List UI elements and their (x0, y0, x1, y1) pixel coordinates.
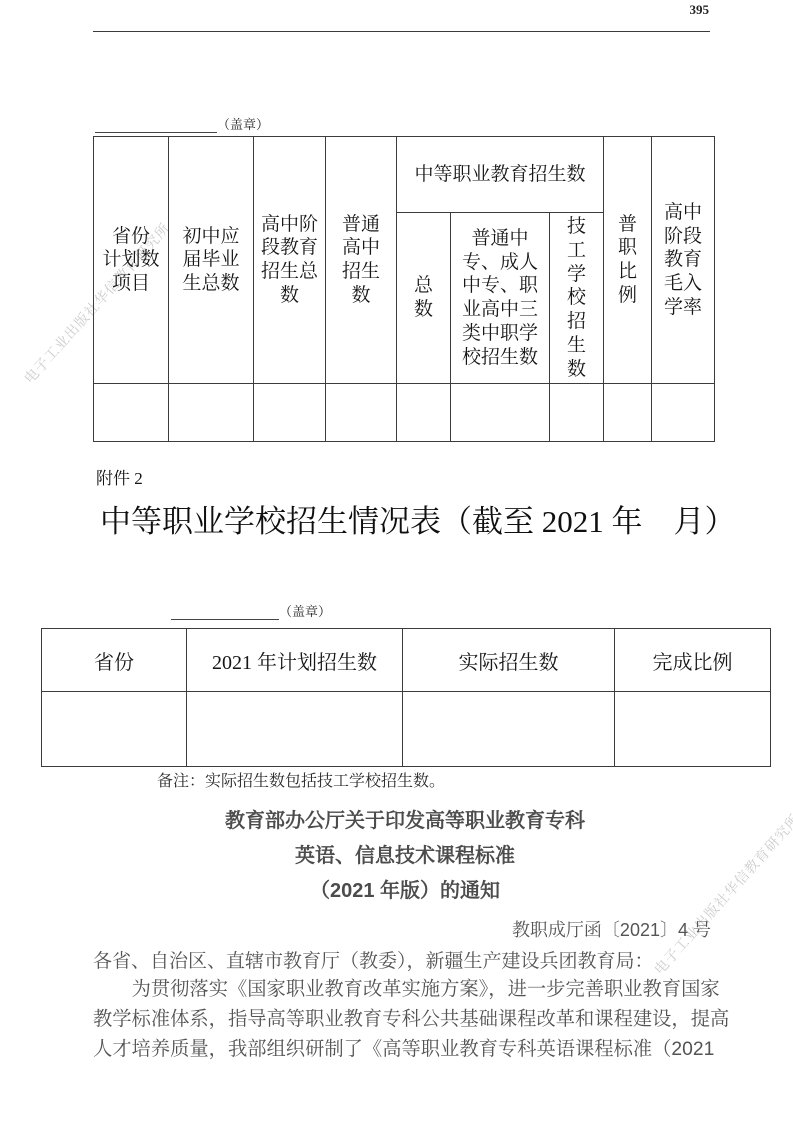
subheader-technical-school: 技工学校招生数 (550, 213, 604, 384)
enrollment-plan-table: 省份 计划数 项目 初中应届毕业生总数 高中阶段教育招生总数 普通高中招生数 中… (93, 136, 715, 442)
notice-title-line: 英语、信息技术课程标准 (60, 839, 750, 874)
header-regular-high-school-enrollment: 普通高中招生数 (326, 137, 397, 384)
empty-cell (652, 384, 715, 442)
empty-cell (615, 692, 771, 767)
stamp-blank-line (95, 118, 217, 133)
header-vocational-ratio: 普职比例 (604, 137, 652, 384)
header-senior-stage-enrollment-total: 高中阶段教育招生总数 (254, 137, 326, 384)
empty-cell (187, 692, 403, 767)
header-rule (93, 31, 710, 32)
document-number: 教职成厅函〔2021〕4 号 (512, 916, 711, 942)
enrollment-status-table: 省份 2021 年计划招生数 实际招生数 完成比例 (41, 628, 771, 767)
header-junior-graduates-total: 初中应届毕业生总数 (169, 137, 254, 384)
stamp-blank-line (171, 605, 279, 620)
stamp-line-bottom: （盖章） (171, 601, 331, 620)
empty-cell (397, 384, 451, 442)
empty-cell (94, 384, 169, 442)
body-line: 为贯彻落实《国家职业教育改革实施方案》，进一步完善职业教育国家 (93, 975, 733, 1005)
salutation: 各省、自治区、直辖市教育厅（教委），新疆生产建设兵团教育局： (93, 946, 654, 973)
stamp-label: （盖章） (279, 604, 331, 619)
header-secondary-vocational-enrollment: 中等职业教育招生数 (397, 137, 604, 213)
empty-cell (169, 384, 254, 442)
table-note: 备注：实际招生数包括技工学校招生数。 (157, 768, 445, 791)
body-line: 教学标准体系，指导高等职业教育专科公共基础课程改革和课程建设，提高 (93, 1005, 733, 1035)
header-gross-enrollment-rate: 高中阶段教育毛入学率 (652, 137, 715, 384)
stamp-label: （盖章） (217, 117, 269, 132)
subheader-three-types-secondary: 普通中专、成人中专、职业高中三类中职学校招生数 (451, 213, 550, 384)
header-province: 省份 (42, 629, 187, 692)
notice-body: 为贯彻落实《国家职业教育改革实施方案》，进一步完善职业教育国家 教学标准体系，指… (93, 975, 733, 1065)
document-page: 电子工业出版社华信教育研究所 电子工业出版社华信教育研究所 395 （盖章） 省… (0, 0, 793, 1122)
empty-cell (451, 384, 550, 442)
body-line: 人才培养质量，我部组织研制了《高等职业教育专科英语课程标准（2021 (93, 1035, 733, 1065)
notice-title: 教育部办公厅关于印发高等职业教育专科 英语、信息技术课程标准 （2021 年版）… (60, 804, 750, 909)
header-actual-enrollment: 实际招生数 (403, 629, 615, 692)
attachment-label: 附件 2 (96, 464, 143, 489)
empty-cell (604, 384, 652, 442)
page-number: 395 (690, 2, 710, 18)
empty-cell (42, 692, 187, 767)
notice-title-line: （2021 年版）的通知 (60, 874, 750, 909)
empty-cell (254, 384, 326, 442)
empty-cell (326, 384, 397, 442)
header-province-plan-item: 省份 计划数 项目 (94, 137, 169, 384)
subheader-total: 总数 (397, 213, 451, 384)
notice-title-line: 教育部办公厅关于印发高等职业教育专科 (60, 804, 750, 839)
empty-cell (403, 692, 615, 767)
empty-cell (550, 384, 604, 442)
form-title: 中等职业学校招生情况表（截至 2021 年 月） (100, 496, 740, 541)
header-2021-planned-enrollment: 2021 年计划招生数 (187, 629, 403, 692)
stamp-line-top: （盖章） (95, 114, 269, 133)
header-completion-ratio: 完成比例 (615, 629, 771, 692)
